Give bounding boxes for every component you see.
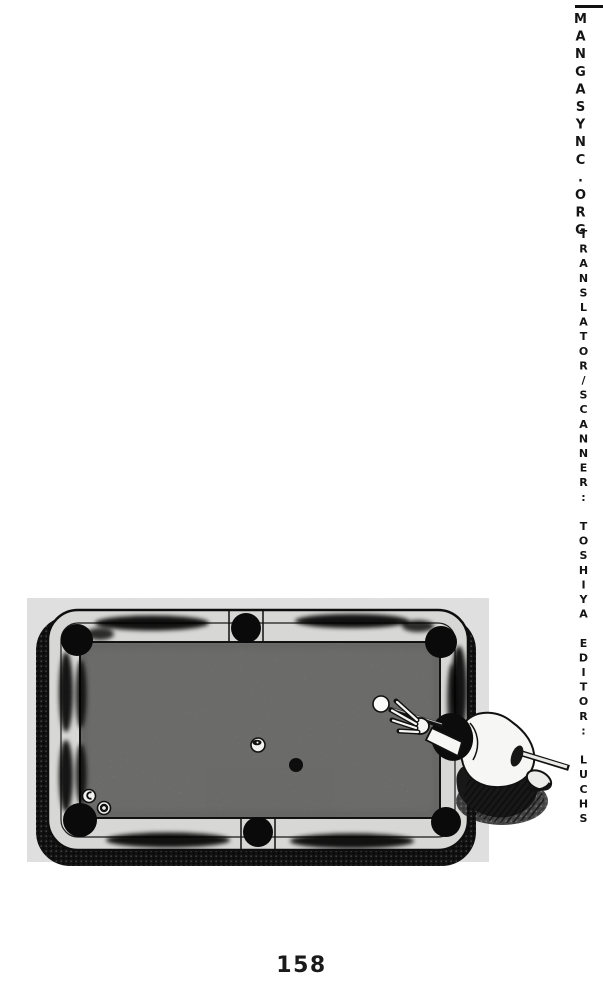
black-ball <box>289 758 303 772</box>
corner-pocket-top-right <box>425 626 457 658</box>
corner-pocket-bottom-right <box>431 807 461 837</box>
object-ball-1 <box>83 790 96 803</box>
object-ball-2 <box>98 802 111 815</box>
corner-pocket-top-left <box>61 624 93 656</box>
striped-ball <box>251 738 265 752</box>
cue-ball <box>373 696 389 712</box>
pool-table-illustration <box>0 0 603 1000</box>
felt <box>80 642 440 818</box>
page-number: 158 <box>0 953 603 978</box>
manga-page: MANGASYNC.ORG TRANSLATOR/SCANNER: TOSHIY… <box>0 0 603 1000</box>
side-pocket-bottom <box>243 817 273 847</box>
side-pocket-top <box>231 613 261 643</box>
corner-pocket-bottom-left <box>63 803 97 837</box>
